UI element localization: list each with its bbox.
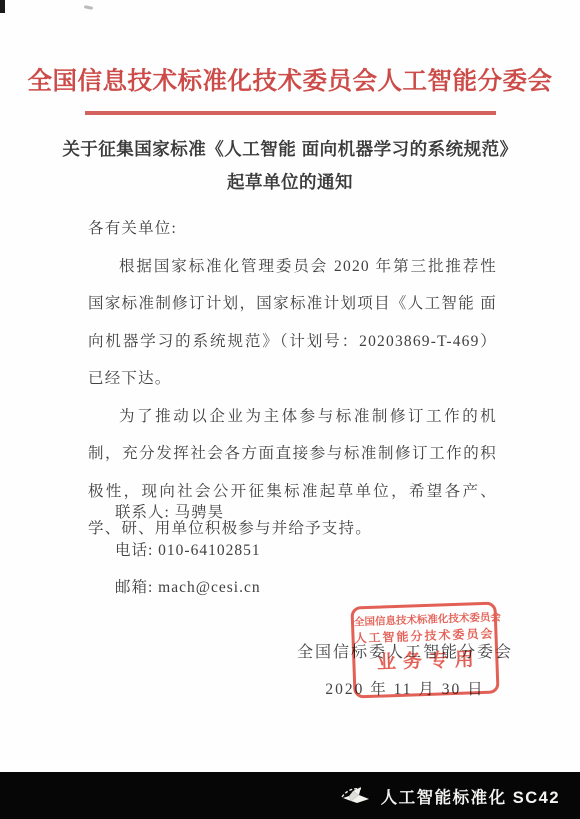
scan-corner-artifact — [0, 0, 5, 13]
document-title-line2: 起草单位的通知 — [40, 166, 540, 199]
document-title-line1: 关于征集国家标准《人工智能 面向机器学习的系统规范》 — [40, 133, 540, 166]
salutation: 各有关单位: — [88, 210, 497, 248]
scan-speck — [84, 5, 93, 10]
contact-email: 邮箱: mach@cesi.cn — [115, 569, 261, 607]
stamp-line3: 业务专用 — [355, 643, 496, 682]
document-title: 关于征集国家标准《人工智能 面向机器学习的系统规范》 起草单位的通知 — [40, 133, 540, 199]
scanned-notice-page: 全国信息技术标准化技术委员会人工智能分委会 关于征集国家标准《人工智能 面向机器… — [0, 0, 580, 819]
footer-brand-bar: 人工智能标准化 SC42 — [0, 772, 580, 819]
contact-person: 联系人: 马骋昊 — [115, 494, 261, 532]
contact-phone: 电话: 010-64102851 — [115, 532, 261, 570]
org-header-title: 全国信息技术标准化技术委员会人工智能分委会 — [0, 62, 580, 97]
origami-crane-icon — [339, 783, 373, 809]
paragraph-1: 根据国家标准化管理委员会 2020 年第三批推荐性国家标准制修订计划，国家标准计… — [88, 248, 497, 398]
official-red-stamp: 全国信息技术标准化技术委员会 人工智能分技术委员会 业务专用 — [350, 601, 499, 698]
contact-block: 联系人: 马骋昊 电话: 010-64102851 邮箱: mach@cesi.… — [115, 494, 261, 607]
header-divider-rule — [85, 111, 496, 115]
footer-brand-text: 人工智能标准化 SC42 — [381, 784, 560, 808]
